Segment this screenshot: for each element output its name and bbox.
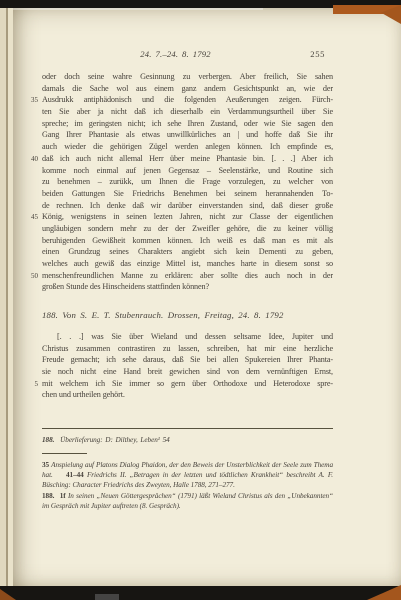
page-top-edge-highlight (13, 8, 263, 10)
footnote-segment: Friedrichs II. „Betragen in der letzten … (42, 471, 333, 489)
page-number: 255 (310, 49, 325, 59)
letter-188-body: [. . .] was Sie über Wieland und dessen … (42, 331, 333, 401)
text-line: oder doch seine wahre Gesinnung zu verbe… (42, 71, 333, 83)
footnote-segment: 35 (42, 461, 49, 469)
footnote-segment: Überlieferung: D: Dilthey, Leben¹ 54 (60, 436, 170, 444)
text-line: beiden Gattungen Sie Friedrichs Benehmen… (42, 188, 333, 200)
line-number: 40 (23, 154, 38, 166)
text-line: beruhigenden Gewißheit kommen können. Ic… (42, 235, 333, 247)
text-line: spreche; im geringsten nicht; ich sehe I… (42, 118, 333, 130)
footnote: 188. 1f In seinen „Neuen Göttergespräche… (42, 491, 333, 511)
footnote: 35 Anspielung auf Platons Dialog Phaidon… (42, 460, 333, 491)
text-line: einen Grundzug seines Charakters angiebt… (42, 246, 333, 258)
text-line: 5mit welchem ich Sie immer so gern über … (42, 378, 333, 390)
text-line: damals die Sache wol aus einem ganz ande… (42, 83, 333, 95)
line-number: 45 (23, 212, 38, 224)
footnote-segment: 188. (42, 492, 54, 500)
text-line: Christus zusammen contrastiren zu lassen… (42, 343, 333, 355)
line-number: 35 (23, 95, 38, 107)
line-number: 50 (23, 271, 38, 283)
text-line: ten Sie aber ja nicht daß ich dieserhalb… (42, 106, 333, 118)
text-line: de rechnen. Ich denke daß wir darüber ei… (42, 200, 333, 212)
footnote-segment: 41–44 (66, 471, 84, 479)
text-line: zu benehmen – zurükk, um Ihnen die Frage… (42, 176, 333, 188)
scanned-book-photo: 24. 7.–24. 8. 1792 255 oder doch seine w… (0, 0, 401, 600)
text-line: 50menschenfreundlichen Manne zu erklären… (42, 270, 333, 282)
line-number: 5 (23, 379, 38, 391)
footnote-divider-rule (42, 453, 87, 454)
text-line: 35Ausdrukk antiphädonisch und die folgen… (42, 94, 333, 106)
text-line: komme noch einmal auf jenen Gegensaz – S… (42, 165, 333, 177)
scanner-background-bottom (0, 586, 401, 600)
text-line: ungläubigen sondern mehr zu der der Zwei… (42, 223, 333, 235)
text-line: 45König, wenigstens in seinen lezten Jah… (42, 211, 333, 223)
text-line: welches auch gewiß das einzige Mittel is… (42, 258, 333, 270)
text-line: auch wieder die gehörigen Zügel werden a… (42, 141, 333, 153)
letter-187-body: oder doch seine wahre Gesinnung zu verbe… (42, 71, 333, 293)
footnote-segment: 1f (60, 492, 66, 500)
footnote-segment: In seinen „Neuen Göttergesprächen“ (1791… (42, 492, 333, 510)
transmission-note: 188. Überlieferung: D: Dilthey, Leben¹ 5… (42, 435, 333, 445)
running-head: 24. 7.–24. 8. 1792 255 (42, 49, 333, 61)
text-line: Gang Ihrer Phantasie als etwas unwillkür… (42, 129, 333, 141)
text-line: [. . .] was Sie über Wieland und dessen … (42, 331, 333, 343)
text-line: großen Stunde des Hinscheidens stattfind… (42, 281, 333, 293)
scanner-bed-notch (95, 594, 119, 600)
footnote-segment: 188. (42, 436, 54, 444)
text-line: chen und urtheilen gehört. (42, 389, 333, 401)
text-line: sie noch nicht eine Hand breit gewichen … (42, 366, 333, 378)
letter-188-heading: 188. Von S. E. T. Stubenrauch. Drossen, … (42, 310, 333, 320)
book-page: 24. 7.–24. 8. 1792 255 oder doch seine w… (13, 8, 401, 586)
apparatus-divider-rule (42, 428, 333, 429)
running-head-date: 24. 7.–24. 8. 1792 (140, 49, 210, 59)
text-line: Freude gemacht; ich sehe daraus, daß Sie… (42, 354, 333, 366)
text-line: 40daß ich auch nicht allemal Herr über m… (42, 153, 333, 165)
